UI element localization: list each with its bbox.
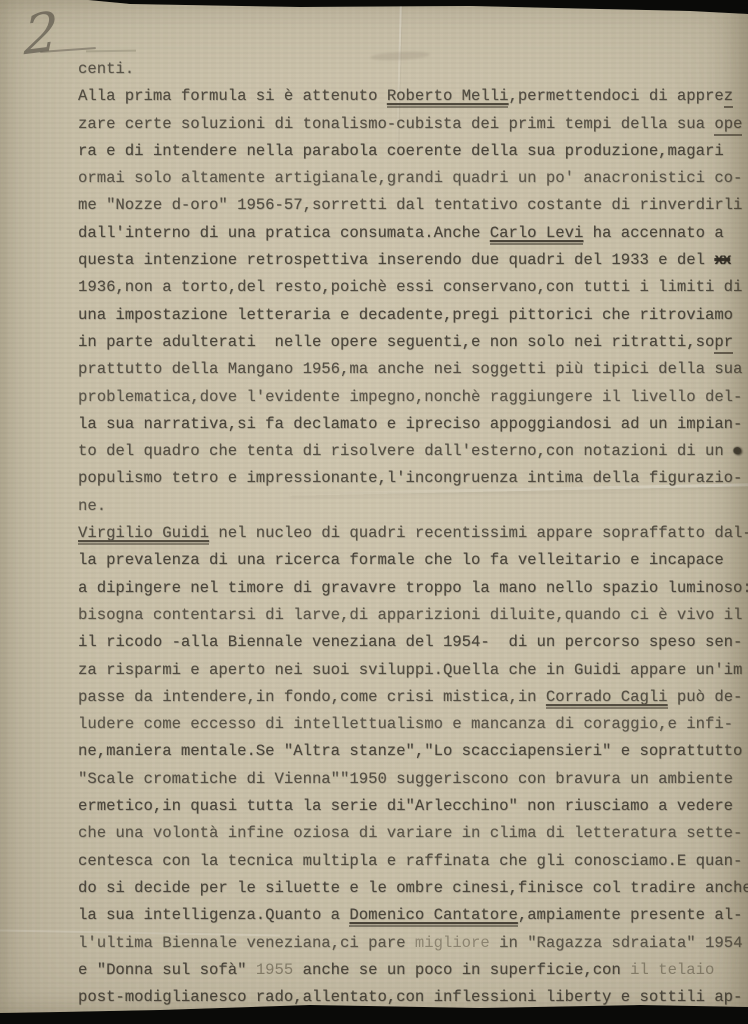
text-line: ne,maniera mentale.Se "Altra stanze","Lo… xyxy=(78,738,748,765)
text-line: che una volontà infine oziosa di variare… xyxy=(78,820,748,847)
text-segment: ha accennato a xyxy=(583,224,723,242)
text-segment: bisogna contentarsi di larve,di apparizi… xyxy=(78,606,742,624)
text-line: Alla prima formula si è attenuto Roberto… xyxy=(78,83,748,110)
text-line: la prevalenza di una ricerca formale che… xyxy=(78,547,748,574)
text-segment: la sua intelligenza.Quanto a xyxy=(78,906,349,924)
text-segment: che una volontà infine oziosa di variare… xyxy=(78,824,742,842)
text-segment: ra e di intendere nella parabola coerent… xyxy=(78,142,724,160)
text-segment: può de- xyxy=(668,688,743,706)
text-line: problematica,dove l'evidente impegno,non… xyxy=(78,384,748,411)
text-segment: zare certe soluzioni di tonalismo-cubist… xyxy=(78,115,714,133)
text-segment: prattutto della Mangano 1956,ma anche ne… xyxy=(78,360,742,378)
text-segment: do si decide per le siluette e le ombre … xyxy=(78,879,748,897)
text-line: 1936,non a torto,del resto,poichè essi c… xyxy=(78,274,748,301)
text-segment: populismo tetro e impressionante,l'incon… xyxy=(78,469,742,487)
text-line: ormai solo altamente artigianale,grandi … xyxy=(78,165,748,192)
scanned-document-page: 2 centi.Alla prima formula si è attenuto… xyxy=(0,0,748,1024)
text-segment: questa intenzione retrospettiva inserend… xyxy=(78,251,714,269)
text-segment: Alla prima formula si è attenuto xyxy=(78,87,387,105)
text-line: centesca con la tecnica multipla e raffi… xyxy=(78,848,748,875)
text-line: ludere come eccesso di intellettualismo … xyxy=(78,711,748,738)
text-segment: ne. xyxy=(78,497,106,515)
text-segment: Roberto Melli xyxy=(387,87,509,108)
text-segment: la prevalenza di una ricerca formale che… xyxy=(78,551,724,569)
text-segment: ne,maniera mentale.Se "Altra stanze","Lo… xyxy=(78,742,742,760)
text-line: dall'interno di una pratica consumata.An… xyxy=(78,220,748,247)
text-line: la sua intelligenza.Quanto a Domenico Ca… xyxy=(78,902,748,929)
pencil-page-number: 2 xyxy=(24,0,59,67)
pencil-mark xyxy=(86,50,136,53)
text-line: questa intenzione retrospettiva inserend… xyxy=(78,247,748,274)
text-segment: e "Donna sul sofà" xyxy=(78,961,256,979)
text-segment: me "Nozze d-oro" 1956-57,sorretti dal te… xyxy=(78,196,742,214)
text-segment: problematica,dove l'evidente impegno,non… xyxy=(78,388,742,406)
text-segment: post-modiglianesco rado,allentato,con in… xyxy=(78,988,742,1006)
text-line: post-modiglianesco rado,allentato,con in… xyxy=(78,984,748,1011)
text-segment: to del quadro che tenta di risolvere dal… xyxy=(78,442,733,460)
text-segment: il ricodo -alla Biennale veneziana del 1… xyxy=(78,633,742,651)
text-segment: z xyxy=(724,87,733,108)
text-line: "Scale cromatiche di Vienna""1950 sugger… xyxy=(78,766,748,793)
text-line: Virgilio Guidi nel nucleo di quadri rece… xyxy=(78,520,748,547)
text-segment: za risparmi e aperto nei suoi sviluppi.Q… xyxy=(78,661,742,679)
typewritten-text-block: centi.Alla prima formula si è attenuto R… xyxy=(78,56,748,1011)
text-segment: il telaio xyxy=(630,961,714,979)
text-line: me "Nozze d-oro" 1956-57,sorretti dal te… xyxy=(78,192,748,219)
text-segment: l'ultima Biennale veneziana,ci pare xyxy=(78,934,415,952)
text-line: in parte adulterati nelle opere seguenti… xyxy=(78,329,748,356)
text-segment: ludere come eccesso di intellettualismo … xyxy=(78,715,733,733)
text-segment: una impostazione letteraria e decadente,… xyxy=(78,306,733,324)
text-segment: ,ampiamente presente al- xyxy=(518,906,743,924)
paper-sheet: 2 centi.Alla prima formula si è attenuto… xyxy=(0,0,748,1024)
text-line: populismo tetro e impressionante,l'incon… xyxy=(78,465,748,492)
text-segment: 1955 xyxy=(256,961,293,979)
text-line: bisogna contentarsi di larve,di apparizi… xyxy=(78,602,748,629)
text-line: e "Donna sul sofà" 1955 anche se un poco… xyxy=(78,957,748,984)
text-line: zare certe soluzioni di tonalismo-cubist… xyxy=(78,111,748,138)
text-segment: ope xyxy=(714,115,742,136)
text-line: passe da intendere,in fondo,come crisi m… xyxy=(78,684,748,711)
text-segment: centi. xyxy=(78,60,134,78)
text-line: to del quadro che tenta di risolvere dal… xyxy=(78,438,748,465)
text-line: una impostazione letteraria e decadente,… xyxy=(78,302,748,329)
text-segment: Corrado Cagli xyxy=(546,688,668,709)
text-segment: a dipingere nel timore di gravavre tropp… xyxy=(78,579,748,597)
text-line: a dipingere nel timore di gravavre tropp… xyxy=(78,575,748,602)
text-segment: xx xyxy=(714,251,730,269)
text-line: l'ultima Biennale veneziana,ci pare migl… xyxy=(78,930,748,957)
text-line: centi. xyxy=(78,56,748,83)
text-segment: Domenico Cantatore xyxy=(349,906,517,927)
text-line: do si decide per le siluette e le ombre … xyxy=(78,875,748,902)
text-segment: in parte adulterati nelle opere seguenti… xyxy=(78,333,714,351)
text-segment: ermetico,in quasi tutta la serie di"Arle… xyxy=(78,797,733,815)
text-segment: ● xyxy=(733,442,742,460)
text-segment: migliore xyxy=(415,934,490,952)
text-segment: ,permettendoci di appre xyxy=(508,87,723,105)
text-line: ra e di intendere nella parabola coerent… xyxy=(78,138,748,165)
text-segment: anche se un poco in superficie,con xyxy=(293,961,630,979)
text-segment: centesca con la tecnica multipla e raffi… xyxy=(78,852,742,870)
text-segment: Carlo Levi xyxy=(490,224,584,245)
text-segment: passe da intendere,in fondo,come crisi m… xyxy=(78,688,546,706)
text-line: la sua narrativa,si fa declamato e iprec… xyxy=(78,411,748,438)
text-segment: nel nucleo di quadri recentissimi appare… xyxy=(209,524,748,542)
text-segment: la sua narrativa,si fa declamato e iprec… xyxy=(78,415,742,433)
text-line: prattutto della Mangano 1956,ma anche ne… xyxy=(78,356,748,383)
text-segment: ormai solo altamente artigianale,grandi … xyxy=(78,169,742,187)
text-segment: Virgilio Guidi xyxy=(78,524,209,545)
text-segment: 1936,non a torto,del resto,poichè essi c… xyxy=(78,278,742,296)
text-line: il ricodo -alla Biennale veneziana del 1… xyxy=(78,629,748,656)
text-line: ne. xyxy=(78,493,748,520)
text-segment: "Scale cromatiche di Vienna""1950 sugger… xyxy=(78,770,733,788)
text-segment: pr xyxy=(714,333,733,354)
text-line: za risparmi e aperto nei suoi sviluppi.Q… xyxy=(78,657,748,684)
text-line: ermetico,in quasi tutta la serie di"Arle… xyxy=(78,793,748,820)
text-segment: in "Ragazza sdraiata" 1954 xyxy=(490,934,743,952)
text-segment: dall'interno di una pratica consumata.An… xyxy=(78,224,490,242)
